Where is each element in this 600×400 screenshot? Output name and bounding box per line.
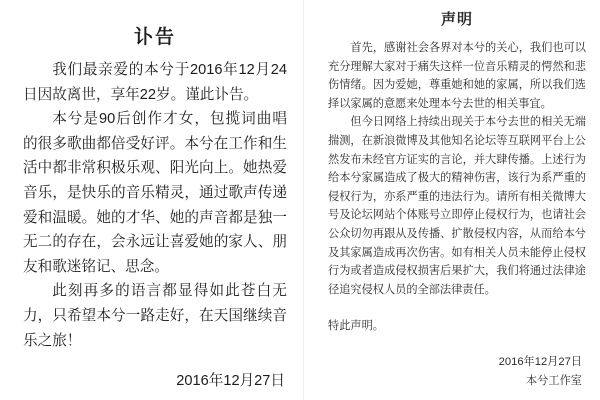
statement-sign-block: 2016年12月27日 本兮工作室: [328, 353, 586, 390]
obituary-title: 讣告: [23, 22, 287, 49]
obituary-paragraph-3: 此刻再多的语言都显得如此苍白无力，只希望本兮一路走好，在天国继续音乐之旅！: [23, 279, 287, 353]
obituary-paragraph-1: 我们最亲爱的本兮于2016年12月24日因故离世，享年22岁。谨此讣告。: [23, 58, 287, 107]
statement-date: 2016年12月27日: [328, 353, 582, 372]
obituary-date: 2016年12月27日: [23, 369, 287, 390]
obituary-document: 讣告 我们最亲爱的本兮于2016年12月24日因故离世，享年22岁。谨此讣告。 …: [23, 22, 287, 390]
page: 讣告 我们最亲爱的本兮于2016年12月24日因故离世，享年22岁。谨此讣告。 …: [0, 0, 600, 400]
obituary-paragraph-2: 本兮是90后创作才女，包揽词曲唱的很多歌曲都倍受好评。本兮在工作和生活中都非常积…: [23, 107, 287, 279]
statement-document: 声明 首先，感谢社会各界对本兮的关心，我们也可以充分理解大家对于痛失这样一位音乐…: [328, 8, 586, 390]
statement-paragraph-2: 但今日网络上持续出现关于本兮去世的相关无端揣测，在新浪微博及其他知名论坛等互联网…: [328, 113, 586, 299]
statement-closing: 特此声明。: [328, 317, 586, 336]
document-divider: [303, 0, 304, 400]
statement-paragraph-1: 首先，感谢社会各界对本兮的关心，我们也可以充分理解大家对于痛失这样一位音乐精灵的…: [328, 39, 586, 113]
statement-signature: 本兮工作室: [328, 372, 582, 391]
statement-title: 声明: [328, 8, 586, 29]
